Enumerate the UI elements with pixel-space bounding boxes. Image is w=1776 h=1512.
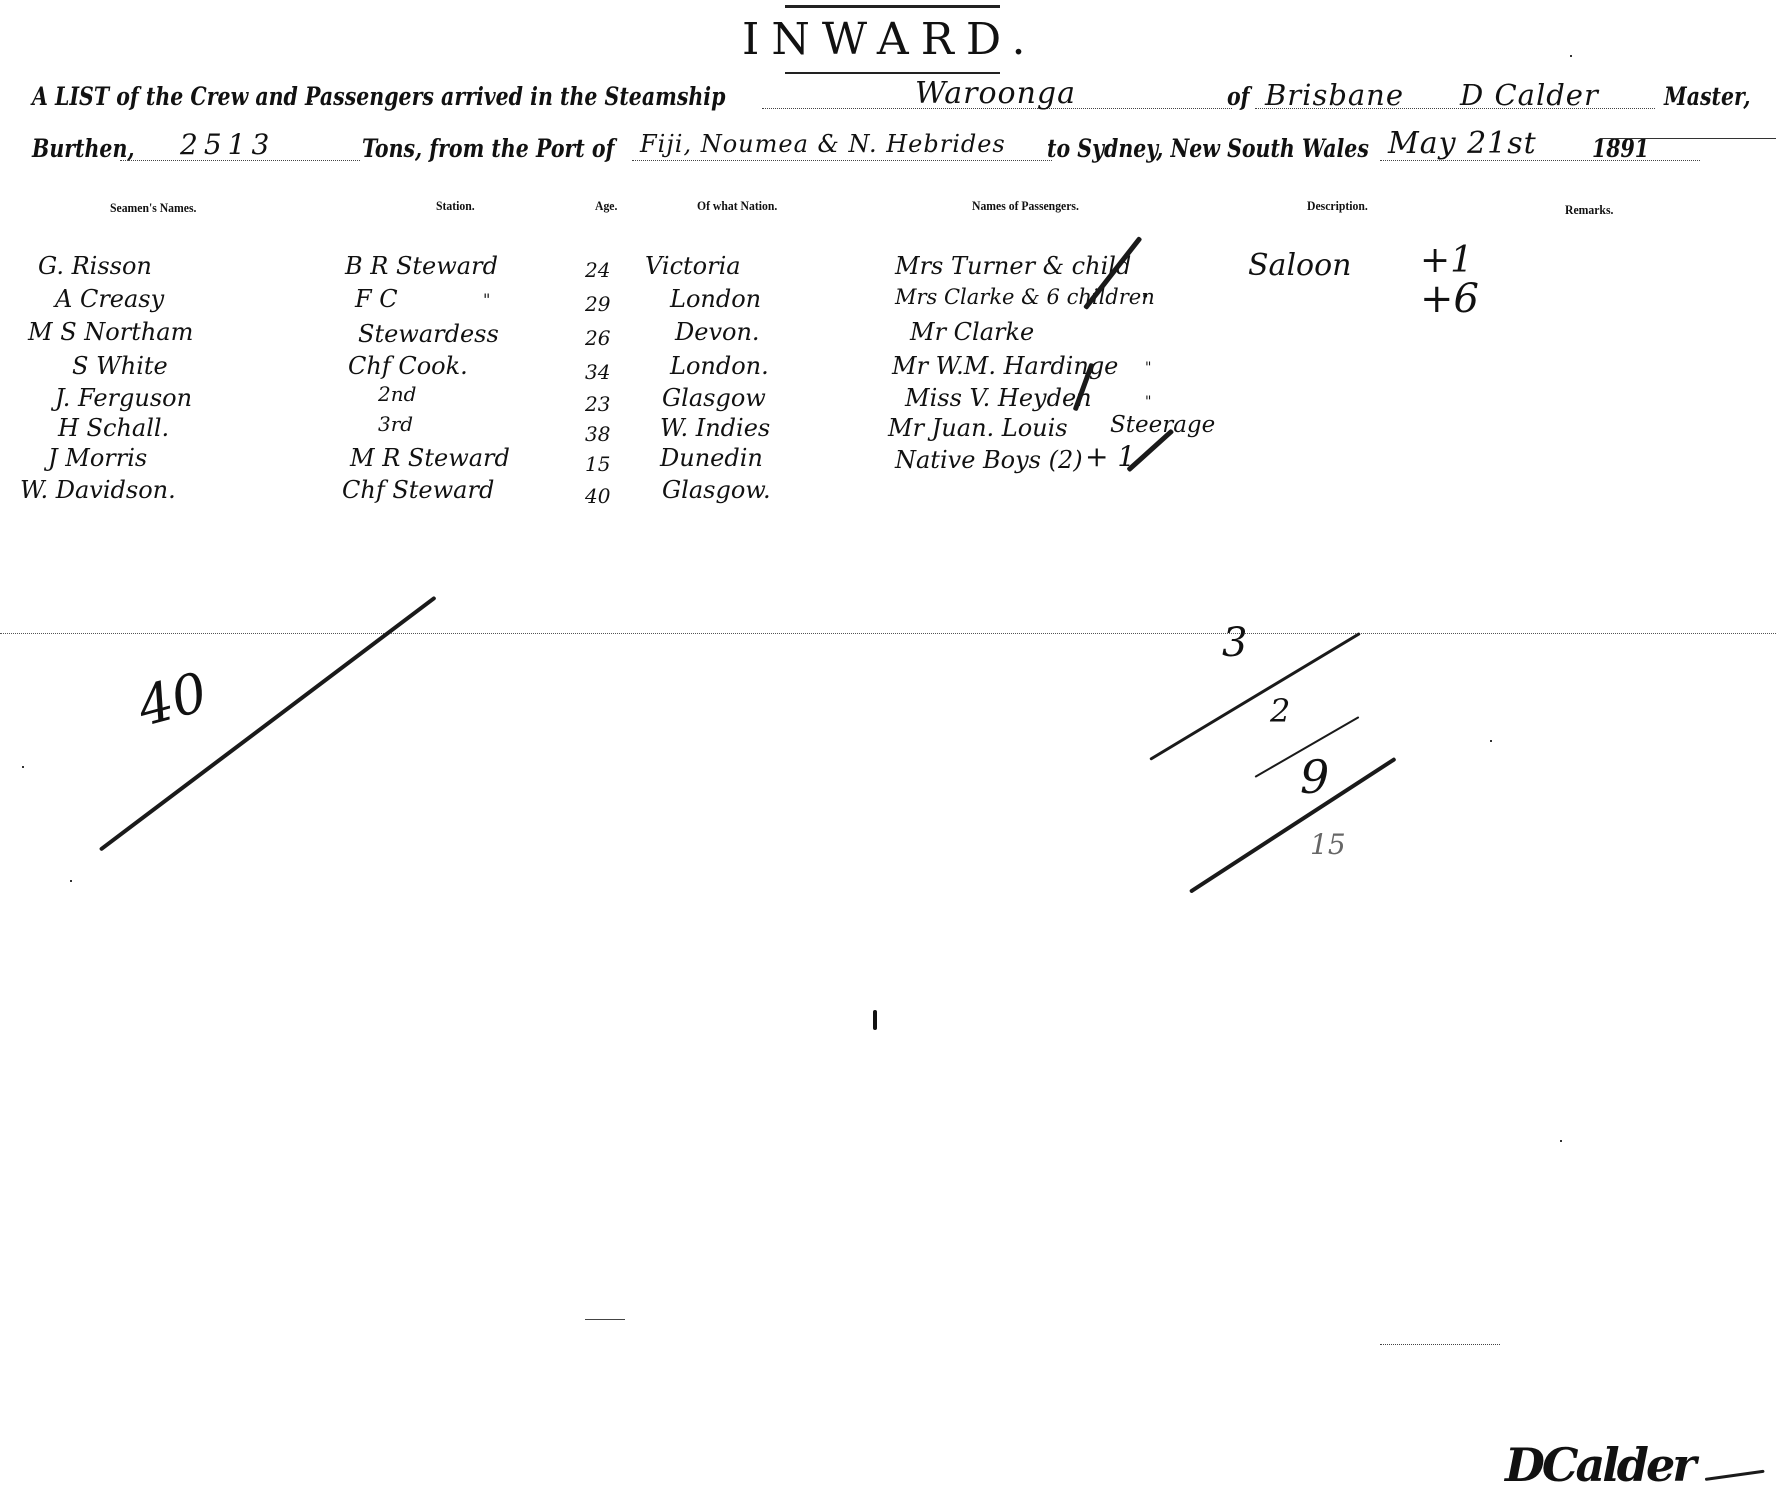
from-port: Fiji, Noumea & N. Hebrides [640,130,1006,158]
col-passenger-names: Names of Passengers. [972,198,1079,214]
crew-nation: Glasgow. [662,476,771,504]
crew-age: 23 [585,392,610,416]
ink-mark [873,1010,877,1030]
paper-speck [310,100,312,102]
arrival-date: May 21st [1388,126,1537,161]
col-remarks: Remarks. [1565,202,1613,218]
steamship-name: Waroonga [915,76,1076,111]
crew-age: 24 [585,258,610,282]
crew-name: W. Davidson. [20,476,176,504]
cancel-slash-right-lower [1189,757,1397,894]
tons-from-port-label: Tons, from the Port of [362,134,614,163]
left-tally-number: 40 [131,660,214,739]
master-name: D Calder [1460,78,1599,112]
crew-name: H Schall. [58,414,169,442]
title-bottom-rule [785,72,1000,74]
crew-nation: W. Indies [660,414,770,442]
crew-age: 40 [585,484,610,508]
passenger-remark: +6 [1420,276,1479,322]
crew-age: 15 [585,452,610,476]
passenger-name: Mrs Clarke & 6 children [895,285,1155,309]
paper-speck [1560,1140,1562,1142]
passenger-description: Saloon [1248,248,1351,283]
crew-name: G. Risson [38,252,152,280]
col-station: Station. [436,198,475,214]
crew-station-ditto: " [483,290,490,309]
crew-station: 3rd [378,412,413,436]
col-description: Description. [1307,198,1368,214]
signature-tail [1705,1470,1765,1481]
crew-name: A Creasy [55,285,164,313]
passenger-name: Native Boys (2) [895,446,1083,474]
paper-speck [22,766,24,768]
passenger-remark: +1 [1420,240,1473,281]
right-tally-mid: 2 [1270,692,1290,730]
crew-nation: Dunedin [660,444,763,472]
passenger-description: " [1145,360,1151,376]
right-tally-top: 3 [1222,620,1247,666]
document-title: INWARD. [742,14,1062,65]
bottom-right-rule [1380,1344,1500,1345]
col-seamen-names: Seamen's Names. [110,200,196,216]
from-port-blank [632,160,1052,161]
burthen-tons: 2513 [180,128,275,161]
crew-station: Chf Cook. [348,352,468,380]
crew-station: F C [355,285,398,313]
master-signature: DCalder [1505,1438,1693,1492]
crew-station: Stewardess [358,320,499,348]
crew-name: S White [72,352,168,380]
crew-station: M R Steward [350,444,510,472]
of-label: of [1227,82,1249,111]
crew-name: J. Ferguson [55,384,192,412]
crew-age: 26 [585,326,610,350]
right-tally-under: 15 [1310,828,1346,861]
title-top-rule [785,5,1000,8]
passenger-description: " [1142,292,1148,308]
right-tally-bottom: 9 [1300,750,1329,804]
section-divider [0,633,1776,634]
passenger-list-document: INWARD. A LIST of the Crew and Passenger… [0,0,1776,1512]
port-of-registry: Brisbane [1265,78,1404,112]
paper-speck [1570,55,1572,57]
crew-name: M S Northam [28,318,193,346]
paper-speck [70,880,72,882]
crew-age: 38 [585,422,610,446]
crew-age: 29 [585,292,610,316]
crew-station: 2nd [378,382,416,406]
passenger-name: Miss V. Heyden [905,384,1092,412]
crew-nation: Devon. [675,318,760,346]
destination-label: to Sydney, New South Wales [1047,134,1369,163]
crew-name: J Morris [48,444,147,472]
passenger-name: Mrs Turner & child [895,252,1131,280]
paper-speck [1490,740,1492,742]
cancel-slash-right-upper [1149,632,1361,761]
crew-station: B R Steward [345,252,498,280]
crew-nation: Victoria [645,252,741,280]
passenger-name: Mr Juan. Louis [888,414,1068,442]
col-nation: Of what Nation. [697,198,777,214]
crew-station: Chf Steward [342,476,494,504]
line2-trailing-rule [1600,138,1776,139]
crew-nation: London. [670,352,769,380]
col-age: Age. [595,198,617,214]
passenger-name: Mr Clarke [910,318,1034,346]
list-heading-prefix: A LIST of the Crew and Passengers arrive… [32,82,725,111]
crew-nation: Glasgow [662,384,766,412]
master-label: Master, [1664,82,1750,111]
bottom-short-rule [585,1319,625,1320]
crew-age: 34 [585,360,610,384]
crew-nation: London [670,285,761,313]
passenger-description: " [1145,394,1151,410]
burthen-label: Burthen, [32,134,135,163]
